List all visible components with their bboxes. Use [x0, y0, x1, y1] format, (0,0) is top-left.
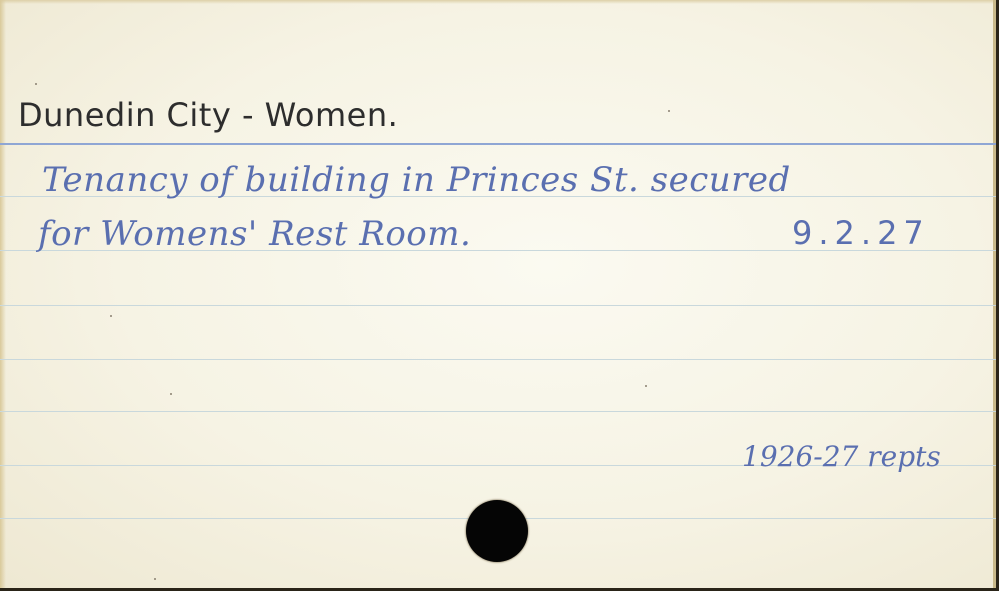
entry-text-line-1: Tenancy of building in Princes St. secur… — [42, 160, 791, 200]
ruled-line — [0, 411, 996, 412]
ruled-line — [0, 359, 996, 360]
paper-speck — [645, 385, 647, 387]
card-edge-right — [993, 0, 996, 588]
punch-hole — [466, 500, 528, 562]
header-rule — [0, 143, 996, 145]
ruled-line — [0, 305, 996, 306]
card-heading: Dunedin City - Women. — [18, 96, 398, 134]
source-reference: 1926-27 repts — [742, 440, 941, 473]
index-card: Dunedin City - Women. Tenancy of buildin… — [0, 0, 996, 588]
card-edge-left — [0, 0, 6, 588]
entry-text-line-2: for Womens' Rest Room. — [38, 214, 471, 254]
entry-date: 9.2.27 — [792, 214, 930, 252]
card-edge-top — [0, 0, 996, 4]
paper-speck — [668, 110, 670, 112]
paper-speck — [35, 83, 37, 85]
paper-speck — [170, 393, 172, 395]
paper-speck — [154, 578, 156, 580]
paper-speck — [110, 315, 112, 317]
